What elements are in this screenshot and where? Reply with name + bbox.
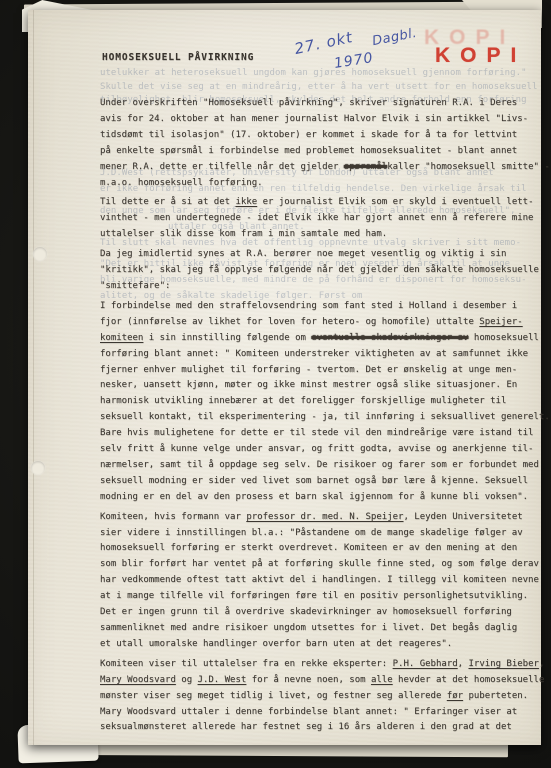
kopi-stamp: KOPI [435,44,526,68]
typed-text: nesker, uansett kjønn, møter og ikke min… [100,380,517,390]
text-line: "kritikk", skal jeg få opplyse følgende … [100,263,540,279]
typed-text: på enkelte spørsmål i forbindelse med pr… [100,146,517,156]
typed-text: mønster viser seg meget tidlig i livet, … [100,691,447,701]
typed-text: seksualmønsteret allerede har festnet se… [100,722,512,732]
text-line: vinthet - men undertegnede - idet Elvik … [100,211,540,227]
underlined-text: professor dr. med. N. Speijer [246,512,403,522]
underlined-text: alle [371,675,393,685]
text-line: sammenliknet med andre risikoer ungdom u… [100,621,540,637]
text-line: nesker, uansett kjønn, møter og ikke min… [100,378,540,394]
underlined-text: Speijer- [479,317,522,327]
underlined-text: før [447,691,463,701]
underlined-text: Irving Bieber [468,659,538,669]
text-line: fjor (innførelse av likhet for loven for… [100,315,540,331]
paragraph: Til dette er å si at det ikke er journal… [100,195,540,243]
handwritten-source-note: Dagbl. [371,26,418,49]
text-line: forføring blant annet: " Komiteen unders… [100,347,540,363]
typed-text: kaller "homoseksuell smitte" - [387,162,550,172]
typed-text: Mary Woodsvard uttaler i denne forbindel… [100,707,517,717]
typed-text: "smittefare": [100,281,170,291]
punch-hole-top [33,247,47,261]
typed-text: Komiteen viser til uttalelser fra en rek… [100,659,393,669]
text-line: Bare hvis mulighetene for dette er til s… [100,426,540,442]
struck-text: eventuelle skadevirkninger av [311,333,468,343]
typed-text: uttalelser slik disse kom fram i min sam… [100,229,387,239]
text-line: seksuell kontakt, til eksperimentering -… [100,410,540,426]
typed-text: fjerner enhver mulighet til forføring - … [100,365,517,375]
underlined-text: ikke [235,197,257,207]
typed-text: , Leyden Universitetet [403,512,522,522]
typed-text: sier videre i innstillingen bl.a.: "Påst… [100,528,523,538]
text-line: m.a.o. homoseksuell forføring. [100,176,540,192]
typed-text: modning er en del av den prosess et barn… [100,492,528,502]
ghost-bleed-through-line: Skulle det vise seg at en mindreårig, et… [100,82,537,92]
typed-text: som blir forført har ventet på at forfør… [100,559,539,569]
text-line: Da jeg imidlertid synes at R.A. berører … [100,247,540,263]
typed-text: avis for 24. oktober at han mener journa… [100,114,528,124]
text-line: modning er en del av den prosess et barn… [100,490,540,506]
text-line: på enkelte spørsmål i forbindelse med pr… [100,144,540,160]
typed-text: selv fritt å kunne velge under ansvar, o… [100,444,533,454]
document-body: Under overskriften "Homoseksuell påvirkn… [100,96,540,740]
typed-text: Under overskriften "Homoseksuell påvirkn… [100,98,517,108]
struck-text: spørsmål [344,162,387,172]
text-line: avis for 24. oktober at han mener journa… [100,112,540,128]
text-line: tidsdømt til isolasjon" (17. oktober) er… [100,128,540,144]
typed-text: vinthet - men undertegnede - idet Elvik … [100,213,533,223]
text-line: at i mange tilfelle vil forføringen føre… [100,589,540,605]
typed-text: m.a.o. homoseksuell forføring. [100,178,263,188]
text-line: Mary Woodsvard og J.D. West for å nevne … [100,673,540,689]
text-line: seksualmønsteret allerede har festnet se… [100,720,540,736]
underlined-text: P.H. Gebhard [393,659,458,669]
typed-text: for å nevne noen, som [246,675,371,685]
text-line: Mary Woodsvard uttaler i denne forbindel… [100,705,540,721]
typed-text: fjor (innførelse av likhet for loven for… [100,317,479,327]
typed-text: "kritikk", skal jeg få opplyse følgende … [100,265,539,275]
typed-text: homoseksuell forføring er sterkt overdre… [100,543,517,553]
typed-text: puberteten. [463,691,528,701]
underlined-text: Mary Woodsvard [100,675,176,685]
typed-text: homoseksuell [468,333,538,343]
typed-text: et utall umoralske handlinger overfor ba… [100,639,452,649]
paragraph: Under overskriften "Homoseksuell påvirkn… [100,96,540,191]
typed-text: I forbindelse med den straffelovsendring… [100,301,517,311]
text-line: komiteen i sin innstilling følgende om e… [100,331,540,347]
text-line: sier videre i innstillingen bl.a.: "Påst… [100,526,540,542]
text-line: Komiteen, hvis formann var professor dr.… [100,510,540,526]
typed-text: mener R.A. dette er tilfelle når det gje… [100,162,344,172]
text-line: homoseksuell forføring er sterkt overdre… [100,541,540,557]
text-line: seksuell modning er sider ved livet som … [100,474,540,490]
typed-text: at i mange tilfelle vil forføringen føre… [100,591,528,601]
ghost-bleed-through-line: utelukker at heteroseksuell ungdom kan g… [100,68,527,78]
text-line: nærmelser, samt til å oppdage seg selv. … [100,458,540,474]
text-line: har vedkommende oftest tatt aktivt del i… [100,573,540,589]
text-line: Til dette er å si at det ikke er journal… [100,195,540,211]
text-line: et utall umoralske handlinger overfor ba… [100,637,540,653]
text-line: fjerner enhver mulighet til forføring - … [100,363,540,379]
typed-text: er journalist Elvik som er skyld i event… [257,197,533,207]
typed-text: seksuell kontakt, til eksperimentering -… [100,412,550,422]
typed-text: seksuell modning er sider ved livet som … [100,476,528,486]
text-line: Under overskriften "Homoseksuell påvirkn… [100,96,540,112]
typed-text: forføring blant annet: " Komiteen unders… [100,349,528,359]
document-page: utelukker at heteroseksuell ungdom kan g… [28,10,541,745]
text-line: harmonisk utvikling innebærer at det for… [100,394,540,410]
typed-text: Til dette er å si at det [100,197,235,207]
typed-text: i sin innstilling følgende om [143,333,311,343]
paragraph: Da jeg imidlertid synes at R.A. berører … [100,247,540,295]
typed-text: harmonisk utvikling innebærer at det for… [100,396,506,406]
typed-text: , [458,659,469,669]
text-line: Det er ingen grunn til å overdrive skade… [100,605,540,621]
typed-text: nærmelser, samt til å oppdage seg selv. … [100,460,539,470]
text-line: som blir forført har ventet på at forfør… [100,557,540,573]
underlined-text: komiteen [100,333,143,343]
typed-text: hevder at det homoseksuelle [393,675,545,685]
paragraph: Komiteen, hvis formann var professor dr.… [100,510,540,653]
text-line: selv fritt å kunne velge under ansvar, o… [100,442,540,458]
typed-text: sammenliknet med andre risikoer ungdom u… [100,623,517,633]
text-line: uttalelser slik disse kom fram i min sam… [100,227,540,243]
paragraph: Komiteen viser til uttalelser fra en rek… [100,657,540,737]
typed-text: har vedkommende oftest tatt aktivt del i… [100,575,539,585]
typed-text: tidsdømt til isolasjon" (17. oktober) er… [100,130,517,140]
text-line: I forbindelse med den straffelovsendring… [100,299,540,315]
typed-text: Komiteen, hvis formann var [100,512,246,522]
typed-text: Bare hvis mulighetene for dette er til s… [100,428,533,438]
text-line: mener R.A. dette er tilfelle når det gje… [100,160,540,176]
text-line: "smittefare": [100,279,540,295]
typed-text: Da jeg imidlertid synes at R.A. berører … [100,249,506,259]
punch-hole-bottom [31,461,45,475]
document-title: HOMOSEKSUELL PÅVIRKNING [102,52,254,63]
text-line: Komiteen viser til uttalelser fra en rek… [100,657,540,673]
typed-text: og [176,675,198,685]
underlined-text: J.D. West [198,675,247,685]
paragraph: I forbindelse med den straffelovsendring… [100,299,540,506]
typed-text: Det er ingen grunn til å overdrive skade… [100,607,512,617]
typed-text: , [539,659,544,669]
scanned-document-stage: utelukker at heteroseksuell ungdom kan g… [0,0,551,768]
text-line: mønster viser seg meget tidlig i livet, … [100,689,540,705]
